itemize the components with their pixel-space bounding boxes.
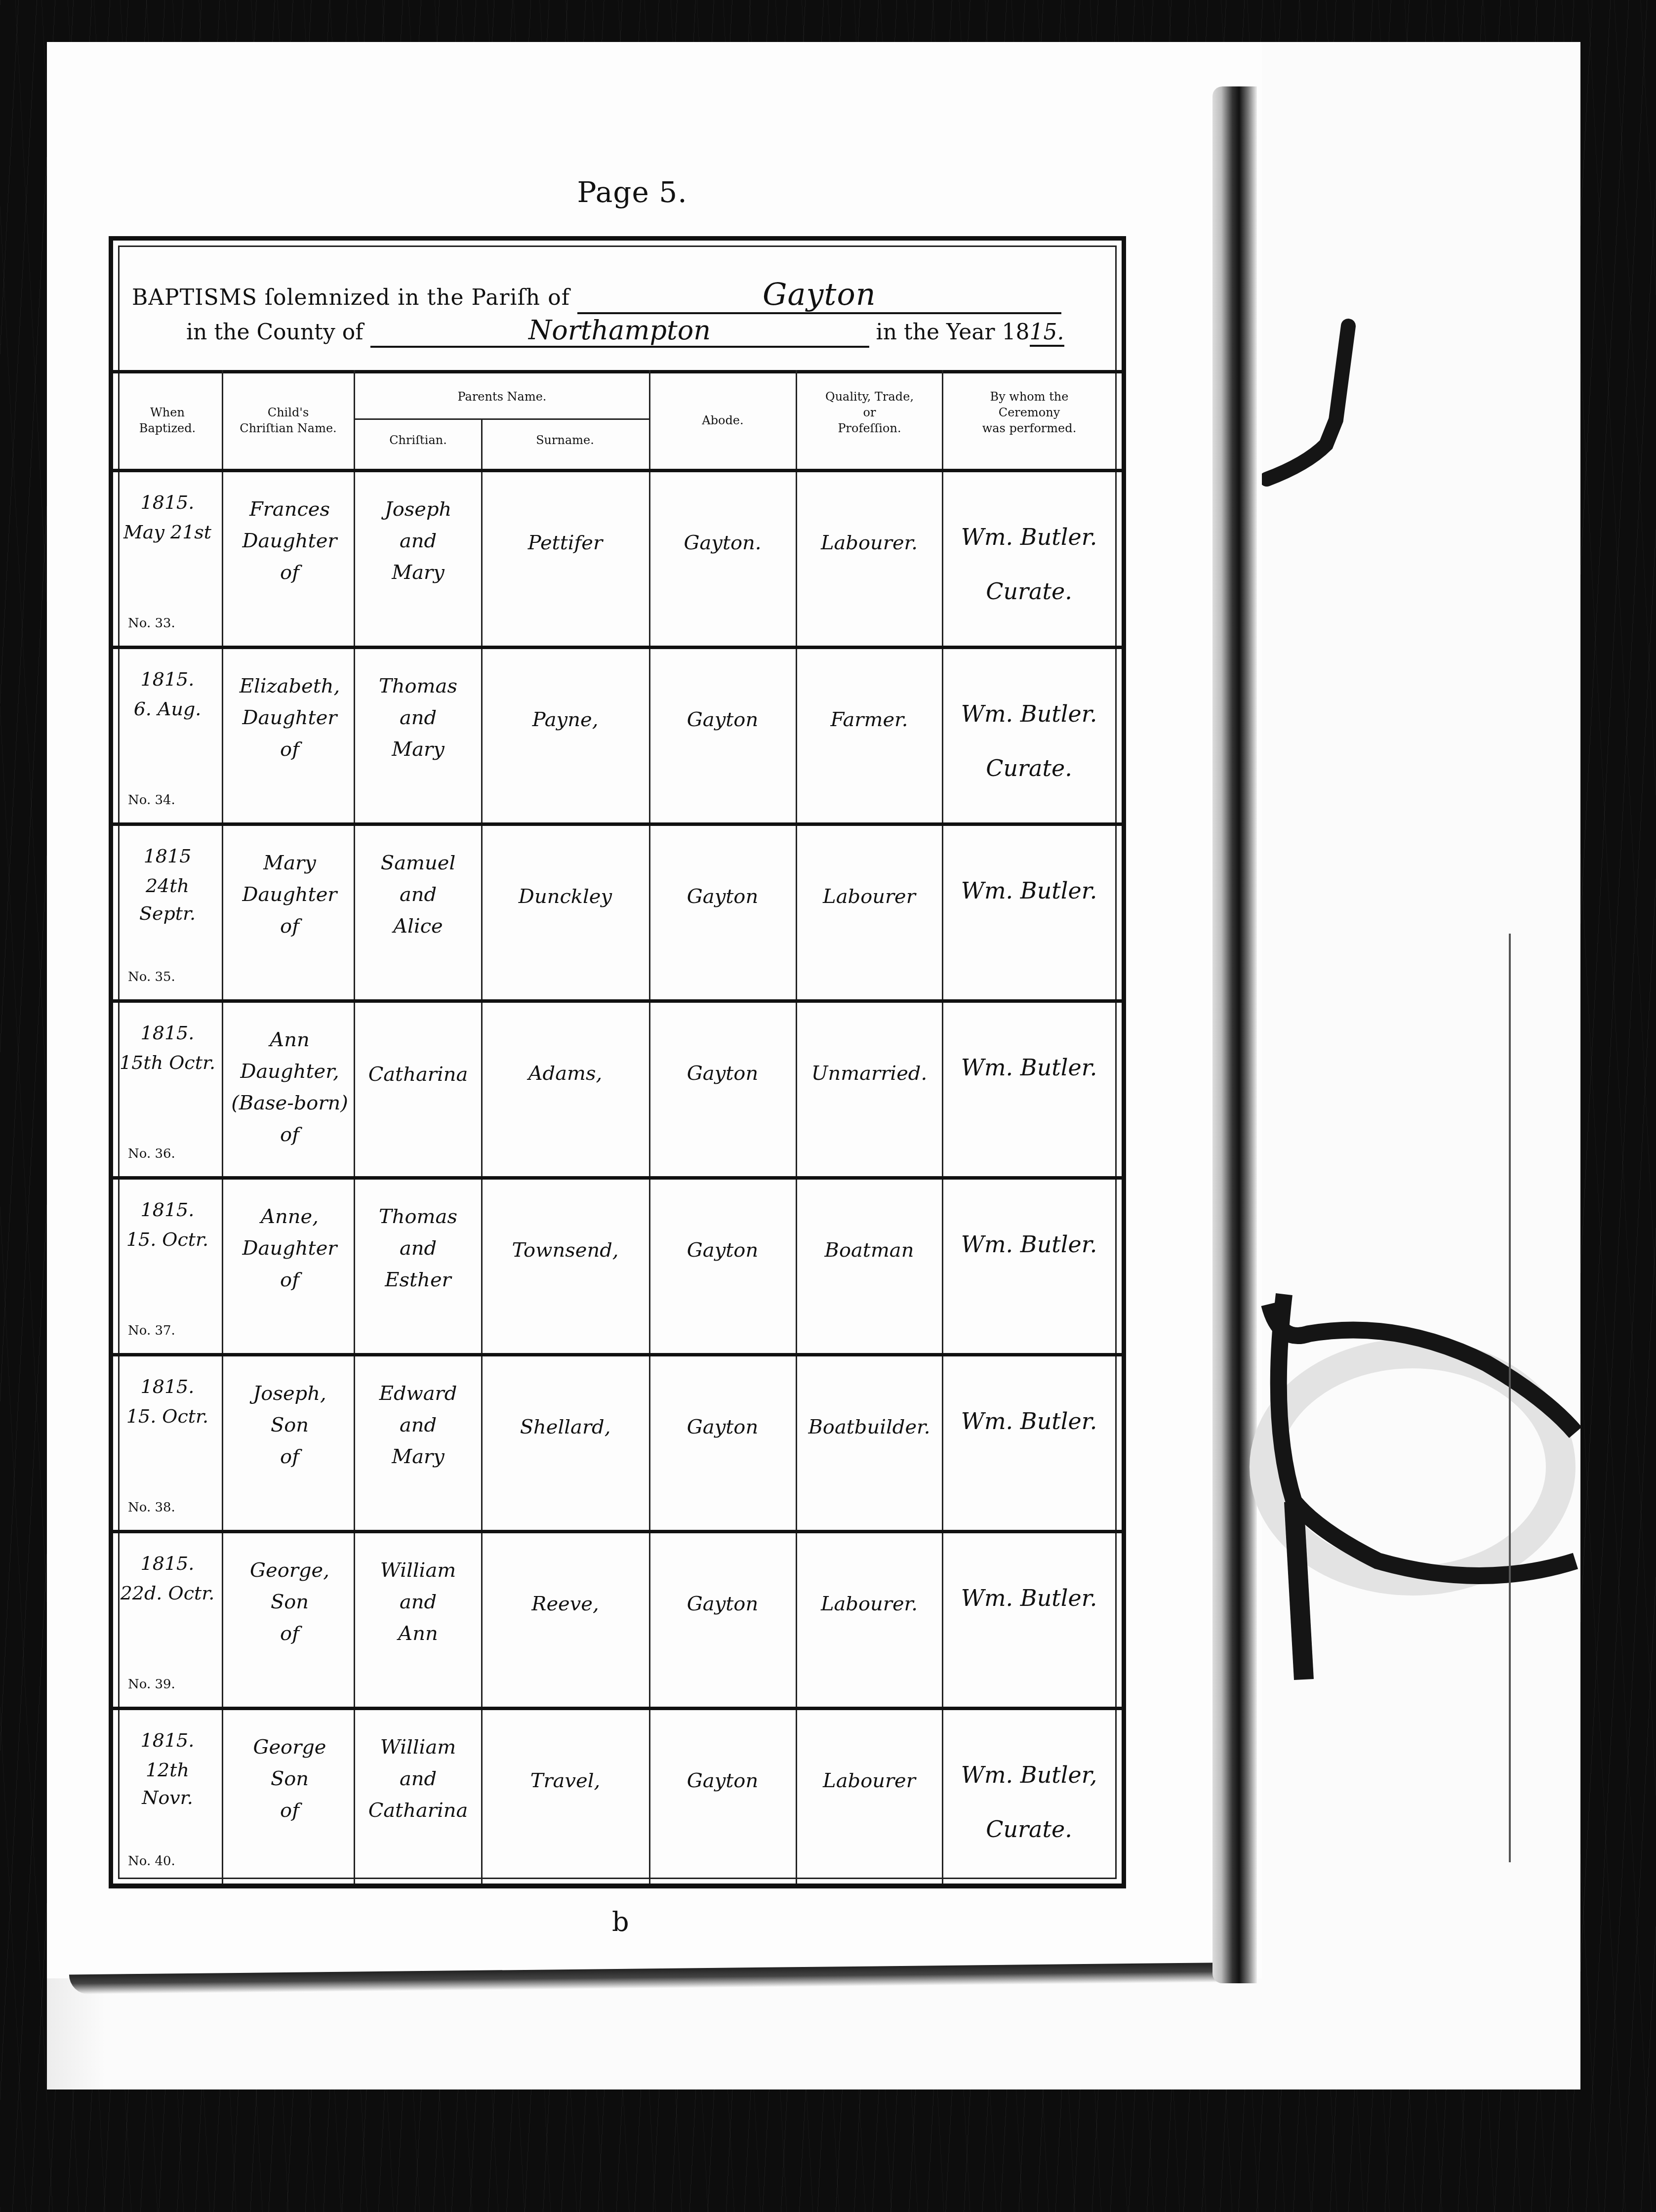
parent-surname: Townsend, bbox=[483, 1234, 648, 1266]
parent-christian-line: and bbox=[355, 1763, 481, 1795]
col-header-officiant: By whom the Ceremony was performed. bbox=[943, 389, 1116, 436]
officiant-signature: Curate. bbox=[944, 753, 1114, 783]
table-row: 1815.6. Aug.Elizabeth,DaughterofThomasan… bbox=[113, 646, 1122, 822]
table-row: 1815.15th Octr.AnnDaughter,(Base-born)of… bbox=[113, 999, 1122, 1176]
table-row: 1815.15. Octr.Anne,DaughterofThomasandEs… bbox=[113, 1176, 1122, 1353]
abode: Gayton bbox=[650, 1588, 795, 1620]
col-header-child: Child's Chriſtian Name. bbox=[223, 405, 354, 436]
parent-christian-line: Ann bbox=[355, 1618, 481, 1649]
baptism-year: 1815. bbox=[118, 1019, 217, 1047]
child-name-line: Joseph, bbox=[227, 1378, 353, 1409]
quality-trade: Labourer. bbox=[797, 527, 941, 559]
title-line-parish: BAPTISMS ſolemnized in the Pariſh of Gay… bbox=[132, 276, 1061, 314]
baptism-date: May 21st bbox=[118, 518, 217, 546]
register-title: BAPTISMS ſolemnized in the Pariſh of Gay… bbox=[113, 241, 1122, 369]
col-header-text: By whom the bbox=[943, 389, 1116, 405]
binding-cord-top-icon bbox=[1262, 316, 1371, 504]
parent-christian-line: and bbox=[355, 1586, 481, 1618]
county-field: Northampton bbox=[370, 315, 869, 348]
parent-christian-line: and bbox=[355, 879, 481, 910]
parish-field: Gayton bbox=[577, 276, 1061, 314]
child-name-line: Elizabeth, bbox=[227, 670, 353, 702]
frame-line bbox=[1509, 934, 1511, 1862]
child-name-line: of bbox=[227, 910, 353, 942]
register-grid: When Baptized. Child's Chriſtian Name. P… bbox=[113, 370, 1122, 1884]
baptism-date: 6. Aug. bbox=[118, 695, 217, 723]
col-header-text: Profeſſion. bbox=[797, 420, 942, 436]
officiant-signature: Wm. Butler. bbox=[944, 1583, 1114, 1613]
officiant-signature: Curate. bbox=[944, 576, 1114, 606]
col-header-text: or bbox=[797, 405, 942, 420]
entry-number: No. 39. bbox=[128, 1677, 175, 1692]
child-name-line: Son bbox=[227, 1763, 353, 1795]
abode: Gayton bbox=[650, 704, 795, 736]
parent-christian-line: Alice bbox=[355, 910, 481, 942]
rule bbox=[355, 418, 649, 420]
baptism-date: 22d. Octr. bbox=[118, 1579, 217, 1607]
table-row: 181524th Septr.MaryDaughterofSamuelandAl… bbox=[113, 822, 1122, 999]
col-header-text: Ceremony bbox=[943, 405, 1116, 420]
title-prefix: BAPTISMS ſolemnized in the Pariſh of bbox=[132, 285, 570, 310]
col-header-text: was performed. bbox=[943, 420, 1116, 436]
parent-christian-line: Mary bbox=[355, 734, 481, 765]
col-header-parents-christian: Chriſtian. bbox=[355, 432, 481, 448]
child-name-line: of bbox=[227, 1795, 353, 1826]
parent-christian-line: William bbox=[355, 1731, 481, 1763]
parent-christian-line: Mary bbox=[355, 1441, 481, 1473]
parent-christian-line: Esther bbox=[355, 1264, 481, 1296]
parent-christian-line: Catharina bbox=[355, 1795, 481, 1826]
child-name-line: Anne, bbox=[227, 1201, 353, 1232]
entry-number: No. 38. bbox=[128, 1500, 175, 1515]
child-name-line: George bbox=[227, 1731, 353, 1763]
child-name-line: Ann bbox=[227, 1024, 353, 1056]
parent-christian-line: Catharina bbox=[355, 1059, 481, 1090]
quality-trade: Boatman bbox=[797, 1234, 941, 1266]
quality-trade: Labourer. bbox=[797, 1588, 941, 1620]
col-header-text: Chriſtian Name. bbox=[223, 420, 354, 436]
child-name-line: Daughter bbox=[227, 1232, 353, 1264]
child-name-line: Son bbox=[227, 1586, 353, 1618]
abode: Gayton. bbox=[650, 527, 795, 559]
table-row: 1815.12th Novr.GeorgeSonofWilliamandCath… bbox=[113, 1707, 1122, 1884]
child-name-line: of bbox=[227, 1618, 353, 1649]
baptism-year: 1815. bbox=[118, 489, 217, 516]
child-name-line: Frances bbox=[227, 493, 353, 525]
quality-trade: Labourer bbox=[797, 1765, 941, 1797]
parent-christian-line: Joseph bbox=[355, 493, 481, 525]
year-field: 15. bbox=[1030, 320, 1064, 347]
parent-christian-line: William bbox=[355, 1555, 481, 1586]
baptism-register-table: BAPTISMS ſolemnized in the Pariſh of Gay… bbox=[109, 236, 1126, 1888]
baptism-year: 1815. bbox=[118, 1550, 217, 1577]
table-bottom-rule bbox=[113, 1884, 1122, 1888]
officiant-signature: Wm. Butler. bbox=[944, 876, 1114, 905]
entry-number: No. 40. bbox=[128, 1854, 175, 1869]
quality-trade: Boatbuilder. bbox=[797, 1411, 941, 1443]
officiant-signature: Wm. Butler, bbox=[944, 1760, 1114, 1790]
parent-christian-line: and bbox=[355, 1409, 481, 1441]
baptism-date: 15. Octr. bbox=[118, 1226, 217, 1253]
entry-number: No. 36. bbox=[128, 1147, 175, 1161]
col-header-text: Child's bbox=[223, 405, 354, 420]
child-name-line: Daughter bbox=[227, 702, 353, 734]
col-header-parents: Parents Name. bbox=[355, 389, 649, 405]
officiant-signature: Curate. bbox=[944, 1814, 1114, 1844]
abode: Gayton bbox=[650, 1411, 795, 1443]
child-name-line: Son bbox=[227, 1409, 353, 1441]
binding-cord-loop-icon bbox=[1250, 1274, 1590, 1719]
child-name-line: of bbox=[227, 1264, 353, 1296]
parent-surname: Travel, bbox=[483, 1765, 648, 1797]
abode: Gayton bbox=[650, 881, 795, 912]
child-name-line: of bbox=[227, 1441, 353, 1473]
col-header-text: Baptized. bbox=[113, 420, 222, 436]
baptism-year: 1815. bbox=[118, 1373, 217, 1400]
page-number: Page 5. bbox=[0, 175, 1264, 209]
child-name-line: Mary bbox=[227, 847, 353, 879]
col-header-when: When Baptized. bbox=[113, 405, 222, 436]
table-row: 1815.May 21stFrancesDaughterofJosephandM… bbox=[113, 469, 1122, 646]
quality-trade: Labourer bbox=[797, 881, 941, 912]
col-header-text: When bbox=[113, 405, 222, 420]
table-row: 1815.22d. Octr.George,SonofWilliamandAnn… bbox=[113, 1530, 1122, 1707]
col-header-text: Quality, Trade, bbox=[797, 389, 942, 405]
col-header-surname: Surname. bbox=[481, 432, 649, 448]
child-name-line: (Base-born) bbox=[227, 1087, 353, 1119]
abode: Gayton bbox=[650, 1765, 795, 1797]
quality-trade: Farmer. bbox=[797, 704, 941, 736]
child-name-line: of bbox=[227, 557, 353, 588]
entry-number: No. 33. bbox=[128, 616, 175, 631]
county-prefix: in the County of bbox=[186, 320, 364, 345]
baptism-year: 1815 bbox=[118, 842, 217, 870]
child-name-line: of bbox=[227, 734, 353, 765]
rule bbox=[113, 370, 1122, 373]
parent-christian-line: Thomas bbox=[355, 670, 481, 702]
parent-christian-line: Edward bbox=[355, 1378, 481, 1409]
child-name-line: Daughter bbox=[227, 525, 353, 557]
officiant-signature: Wm. Butler. bbox=[944, 522, 1114, 552]
title-line-county: in the County of Northampton in the Year… bbox=[186, 315, 1064, 348]
col-header-quality: Quality, Trade, or Profeſſion. bbox=[797, 389, 942, 436]
signature-mark: b bbox=[612, 1906, 629, 1937]
abode: Gayton bbox=[650, 1058, 795, 1089]
child-name-line: of bbox=[227, 1119, 353, 1150]
baptism-year: 1815. bbox=[118, 665, 217, 693]
parent-surname: Adams, bbox=[483, 1058, 648, 1089]
parent-surname: Dunckley bbox=[483, 881, 648, 912]
table-row: 1815.15. Octr.Joseph,SonofEdwardandMaryS… bbox=[113, 1353, 1122, 1530]
officiant-signature: Wm. Butler. bbox=[944, 1229, 1114, 1259]
child-name-line: Daughter bbox=[227, 879, 353, 910]
year-prefix: in the Year 18 bbox=[876, 320, 1030, 345]
parent-surname: Payne, bbox=[483, 704, 648, 736]
entry-number: No. 34. bbox=[128, 793, 175, 808]
quality-trade: Unmarried. bbox=[797, 1058, 941, 1089]
parent-christian-line: Thomas bbox=[355, 1201, 481, 1232]
entry-number: No. 35. bbox=[128, 970, 175, 984]
officiant-signature: Wm. Butler. bbox=[944, 1053, 1114, 1082]
parent-christian-line: Samuel bbox=[355, 847, 481, 879]
officiant-signature: Wm. Butler. bbox=[944, 699, 1114, 729]
parent-surname: Pettifer bbox=[483, 527, 648, 559]
baptism-date: 24th Septr. bbox=[118, 872, 217, 927]
child-name-line: George, bbox=[227, 1555, 353, 1586]
child-name-line: Daughter, bbox=[227, 1056, 353, 1087]
parent-christian-line: Mary bbox=[355, 557, 481, 588]
parent-christian-line: and bbox=[355, 702, 481, 734]
parent-surname: Shellard, bbox=[483, 1411, 648, 1443]
abode: Gayton bbox=[650, 1234, 795, 1266]
col-header-abode: Abode. bbox=[650, 412, 796, 428]
baptism-year: 1815. bbox=[118, 1196, 217, 1224]
parent-surname: Reeve, bbox=[483, 1588, 648, 1620]
officiant-signature: Wm. Butler. bbox=[944, 1406, 1114, 1436]
entry-number: No. 37. bbox=[128, 1323, 175, 1338]
baptism-date: 12th Novr. bbox=[118, 1756, 217, 1811]
parent-christian-line: and bbox=[355, 525, 481, 557]
baptism-year: 1815. bbox=[118, 1726, 217, 1754]
parent-christian-line: and bbox=[355, 1232, 481, 1264]
baptism-date: 15th Octr. bbox=[118, 1049, 217, 1076]
baptism-date: 15. Octr. bbox=[118, 1402, 217, 1430]
